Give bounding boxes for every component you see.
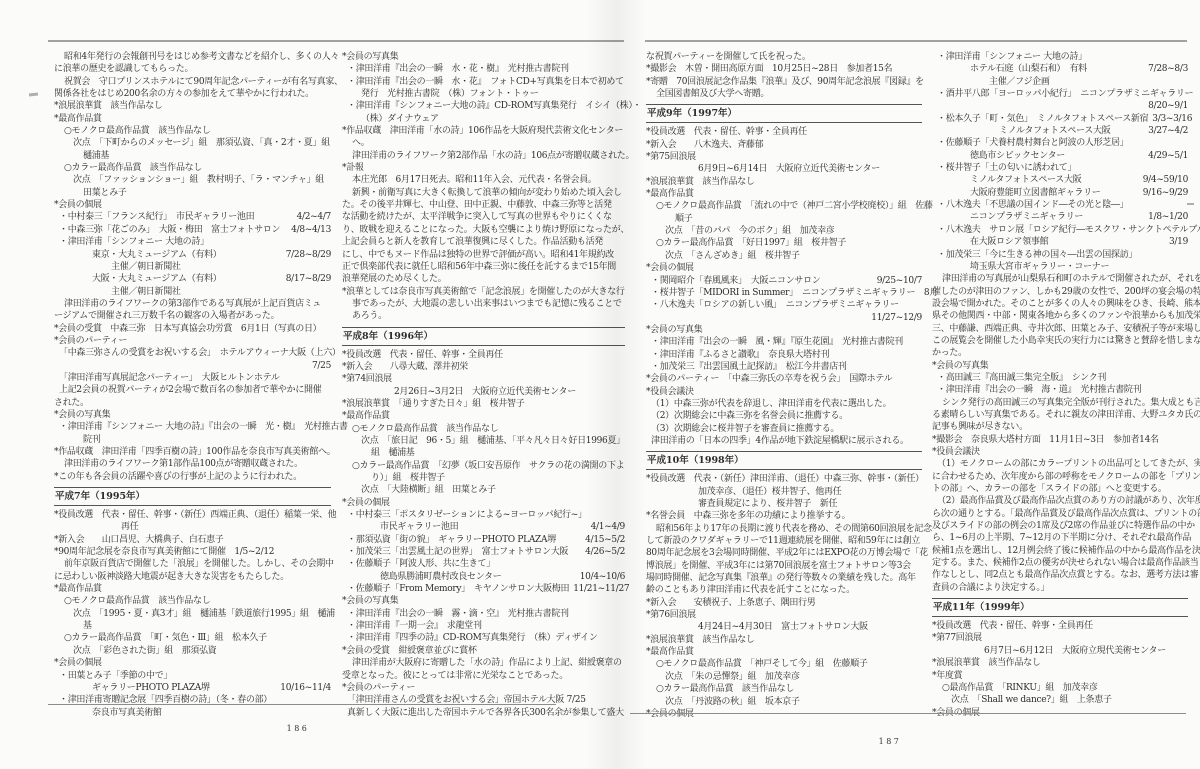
text-line: 次点 「大陸横断」組 田葉とみ子 [342, 484, 625, 496]
text-line: *浪展浪華賞 「通りすぎた日々」組 桜井智子 [342, 398, 625, 410]
text-line: 上記会員らと新人を教育して浪華復興に尽くした。作品活動も活発 [342, 236, 625, 248]
text-line: *新入会 八尋大蔵、澤井初栄 [342, 361, 625, 373]
text-line: *この年も各会員の活躍や喜びの行事が上記のように行われた。 [54, 471, 331, 483]
entry-text: ミノルタフォトスペース大阪 [999, 125, 1110, 137]
text-line: された。 [54, 397, 331, 409]
text-line: *会員の写真集 [932, 360, 1188, 372]
text-line: 審査員規定により、桜井智子 新任 [646, 498, 922, 510]
book-spread: 昭和4年発行の会報創刊号をはじめ参考文書などを紹介し、多くの人々に浪華の歴史を認… [0, 0, 1200, 769]
scan-mark-left [29, 93, 38, 97]
text-line: 主催／朝日新聞社 [54, 286, 331, 298]
text-line: ・津田洋甫『出会の一瞬 海・道』 光村推古書院刊 [932, 384, 1188, 396]
text-line: 作なしとし、同2点とも最高作品次点賞とする。なお、選考方法は審 [932, 569, 1188, 581]
text-line: ・那須弘資「街の貌」 ギャラリーPHOTO PLAZA堺4/15~5/2 [342, 534, 625, 546]
text-line: ・津田洋甫『一期一会』 求龍堂刊 [342, 620, 625, 632]
text-line: *会員の写真集 [342, 51, 625, 63]
year-heading: 平成11年（1999年） [932, 598, 1188, 617]
text-line: 6月7日~6月12日 大阪府立現代美術センター [932, 645, 1188, 657]
text-line: る素晴らしい写真集である。それに親友の津田洋甫、大野ユタカ氏の [932, 409, 1188, 421]
text-line: *新入会 八木逸夫、斉藤郁 [646, 139, 922, 151]
text-line: ○モノクロ最高作品賞 「神戸そして今」組 佐藤順子 [646, 658, 922, 670]
entry-date: 4/29~5/1 [1144, 150, 1188, 162]
entry-text: ・松本久子「町・気色」 ミノルタフォトスペース新宿 [937, 113, 1148, 125]
text-line: ○最高作品賞 「RINKU」組 加茂幸彦 [932, 682, 1188, 694]
text-line: *会員の個展 [342, 497, 625, 509]
entry-text: ギャラリーPHOTO PLAZA堺 [92, 682, 210, 694]
text-line: あろう。 [342, 310, 625, 322]
entry-date: 3/27~4/2 [1144, 125, 1188, 137]
entry-text: 東京・大丸ミュージアム（有料） [92, 249, 222, 261]
text-line: 全国図書館及び大学へ寄贈。 [646, 88, 922, 100]
page-number-right: 187 [870, 737, 910, 746]
entry-text: 市民ギャラリー池田 [380, 521, 458, 533]
entry-date: 10/16~11/4 [276, 682, 331, 694]
text-line: *役員改選 代表・留任、幹事・全員再任 [932, 620, 1188, 632]
text-line: ・津田洋甫『出会の一瞬 風・輝』『原生花園』 光村推古書院刊 [646, 336, 922, 348]
text-line: 博浪展」を開催、平成3年には第70回浪展を富士フォトサロン等3会 [646, 560, 922, 572]
text-line: *会員の受賞 紺綬褒章並びに賞杯 [342, 645, 625, 657]
text-line: *浪華としては奈良市写真美術館で「記念浪展」を開催したのが大きな行 [342, 286, 625, 298]
text-line: *役員会議決 [646, 386, 922, 398]
text-line: 場同時開催、記念写真集『浪華』の発行等数々の業績を残した。高年 [646, 572, 922, 584]
text-line: *会員の受賞 中森三弥 日本写真協会功労賞 6月1日（写真の日） [54, 323, 331, 335]
text-line: ミノルタフォトスペース大阪3/27~4/2 [932, 125, 1188, 137]
text-line: *作品収蔵 津田洋甫「四季百樹の詩」100作品を奈良市写真美術館へ。 [54, 446, 331, 458]
text-line: *訃報 [342, 162, 625, 174]
year-heading: 平成10年（1998年） [646, 451, 922, 470]
text-line: ージアムで開催され三万数千名の観客の入場者があった。 [54, 310, 331, 322]
entry-date: 3/3~3/16 [1148, 113, 1192, 125]
text-line: 主催／朝日新聞社 [54, 261, 331, 273]
text-line: 催したのが津田のファン、しかも29歳の女性で、200坪の宴会場の特 [932, 286, 1188, 298]
text-line: な活動を続けたが、太平洋戦争に突入して写真の世界もやりにくくな [342, 211, 625, 223]
text-line: ら次の通りとする。「最高作品賞及び最高作品次点賞は、プリントの部 [932, 508, 1188, 520]
text-line: シンク発行の高田誠三の写真集完全版が刊行された。集大成とも言え [932, 397, 1188, 409]
text-line: *役員改選 代表・留任、幹事・全員再任 [342, 349, 625, 361]
entry-date: 7/28~8/29 [282, 249, 331, 261]
text-line: 及びスライドの部の例会の1席及び2席の作品並びに特選作品の中か [932, 520, 1188, 532]
text-line: この展覧会を開催した小島幸実氏の実行力には驚きと賛辞を惜しまな [932, 335, 1188, 347]
text-line: 齢のこともあり津田洋甫に代表を託すことになった。 [646, 584, 922, 596]
text-line: （1）中森三弥が代表を辞退し、津田洋甫を代表に選出した。 [646, 398, 922, 410]
text-line: 関係各社をはじめ200名余の方々の参加をえて華やかに行われた。 [54, 88, 331, 100]
text-line: 津田洋甫のライフワーク第1部作品100点が寄贈収蔵された。 [54, 458, 331, 470]
text-line: 奈良市写真美術館 [54, 707, 331, 719]
text-line: 再任 [54, 521, 331, 533]
top-rule-right [645, 40, 1187, 42]
text-line: ・津田洋甫「シンフォニー 大地の詩」 [54, 236, 331, 248]
text-line: *最高作品賞 [646, 646, 922, 658]
text-line: 埼玉県大宮市ギャラリー・コーナー [932, 261, 1188, 273]
entry-date: 11/27~12/9 [867, 312, 922, 324]
text-line: 7/25 [54, 360, 331, 372]
text-line: *会員のパーティー [342, 682, 625, 694]
text-line: ・中村泰三「ポスタリゼーションによる~ヨーロッパ紀行~」 [342, 509, 625, 521]
text-line: *会員の写真集 [54, 409, 331, 421]
text-line: *会員の個展 [646, 708, 922, 720]
text-column-4: ・津田洋甫「シンフォニー 大地の詩」ホテル石庭（山梨石和） 有料7/28~8/3… [932, 51, 1188, 719]
text-line: 昭和4年発行の会報創刊号をはじめ参考文書などを紹介し、多くの人々 [54, 51, 331, 63]
entry-date: 7/28~8/3 [1144, 63, 1188, 75]
text-line: *第75回浪展 [646, 151, 922, 163]
text-line: 津田洋甫のライフワーク第2部作品「水の詩」106点が寄贈収蔵された。 [342, 150, 625, 162]
text-line: *最高作品賞 [54, 583, 331, 595]
text-line: *会員の個展 [54, 199, 331, 211]
entry-text: ホテル石庭（山梨石和） 有料 [970, 63, 1087, 75]
text-line: 定する。また、候補作2点の優劣が決せられない場合は最高作品該当 [932, 557, 1188, 569]
entry-text: ・中村泰三「フランス紀行」 市民ギャラリー池田 [59, 211, 254, 223]
text-line: ・津田洋甫「シンフォニー 大地の詩」 [932, 51, 1188, 63]
text-line: 次点 「Shall we dance?」組 上条恵子 [932, 694, 1188, 706]
text-line: *最高作品賞 [342, 410, 625, 422]
text-line: *会員の写真集 [342, 595, 625, 607]
text-line: ホテル石庭（山梨石和） 有料7/28~8/3 [932, 63, 1188, 75]
text-column-1: 昭和4年発行の会報創刊号をはじめ参考文書などを紹介し、多くの人々に浪華の歴史を認… [54, 51, 331, 719]
text-line: ・中村泰三「フランス紀行」 市民ギャラリー池田4/2~4/7 [54, 211, 331, 223]
text-line: ・桜井智子「MIDORI in Summer」 ニコンプラザミニギャラリー 8月 [646, 287, 922, 299]
text-line: （2）次期総会に中森三弥を名誉会員に推薦する。 [646, 410, 922, 422]
text-line: *第76回浪展 [646, 609, 922, 621]
entry-text: ・佐藤順子「From Memory」 キヤノンサロン大阪梅田 [347, 583, 569, 595]
entry-text: ニコンプラザミニギャラリー [970, 211, 1083, 223]
text-line: 候補1点を選出し、12月例会終了後に候補作品の中から最高作品を決 [932, 545, 1188, 557]
entry-text: 徳島県勝浦町農村改良センター [380, 571, 501, 583]
text-line: 正で倶楽部代表に就任し昭和56年中森三弥に後任を託するまで15年間 [342, 261, 625, 273]
entry-date: 9/4~59/10 [1139, 174, 1188, 186]
text-line: *役員改選 代表・（新任）津田洋甫、（退任）中森三弥、幹事・（新任） [646, 473, 922, 485]
text-line: 大阪・大丸ミュージアム（有料）8/17~8/29 [54, 273, 331, 285]
text-line: 津田洋甫の「日本の四季」4作品が地下鉄淀屋橋駅に展示される。 [646, 435, 922, 447]
text-line: （株）ダイナウェア [342, 113, 625, 125]
text-line: 祝賀会 守口プリンスホテルにて90周年記念パーティーが有名写真家、 [54, 76, 331, 88]
text-line: 津田洋甫の写真展が山梨県石和町のホテルで開催されたが、それを開 [932, 273, 1188, 285]
text-line: ・佐藤順子「From Memory」 キヤノンサロン大阪梅田11/21~11/2… [342, 583, 625, 595]
text-line: 前年京阪百貨店で開催した「浪展」を開催した。しかし、その会期中 [54, 558, 331, 570]
text-line: り、敗戦を迎えることになった。大阪も空襲により焼け野原になったが、 [342, 224, 625, 236]
text-line: 次点 「下町からのメッセージ」組 那須弘資、「真・2才・夏」組 [54, 137, 331, 149]
text-line: ・津田洋甫『四季の詩』CD-ROM写真集発行 （株）ディザイン [342, 632, 625, 644]
bottom-rule-left [48, 704, 556, 705]
entry-text: ・中森三弥「花ごのみ」 大阪・梅田 富士フォトサロン [59, 224, 280, 236]
year-heading: 平成8年（1996年） [342, 327, 625, 346]
entry-date: 4/8~4/13 [287, 224, 331, 236]
text-line: ・加茂栄三「今に生きる神の国々―出雲の国探訪」 [932, 249, 1188, 261]
text-line: 上記2会員の祝賀パーティが2会場で数百名の参加者で華やかに開催 [54, 384, 331, 396]
text-line: ・中森三弥「花ごのみ」 大阪・梅田 富士フォトサロン4/8~4/13 [54, 224, 331, 236]
text-line: に忌わしい阪神淡路大地震が起き大きな災害をもたらした。 [54, 571, 331, 583]
text-line: 津田洋甫が大阪府に寄贈した「水の詩」作品により上記、紺綬褒章の [342, 657, 625, 669]
text-line: 発行 光村推古書院 （株）フォント・トゥー [342, 88, 625, 100]
entry-text: ・加茂栄三「出雲風土記の世界」 富士フォトサロン大阪 [347, 546, 568, 558]
text-line: *役員改選 代表・留任、幹事・（新任）西端正典、（退任）稲葉一栄、他 [54, 509, 331, 521]
scan-mark-right [1187, 203, 1194, 205]
entry-date: 9/25~10/7 [873, 275, 922, 287]
text-line: ・津田洋甫『出会の一瞬 水・花・樹』 光村推古書院刊 [342, 63, 625, 75]
text-line: *会員の写真集 [646, 324, 922, 336]
text-line: な祝賀パーティーを開催して氏を祝った。 [646, 51, 922, 63]
text-line: 次点 「さんざめき」組 桜井智子 [646, 250, 922, 262]
text-column-3: な祝賀パーティーを開催して氏を祝った。*撮影会 木曽・開田高原方面 10月25日… [646, 51, 922, 720]
entry-text: 大阪・大丸ミュージアム（有料） [92, 273, 222, 285]
text-line: ・津田洋甫『出会の一瞬 霧・滴・空』 光村推古書院刊 [342, 608, 625, 620]
text-line: *浪展浪華賞 該当作品なし [646, 634, 922, 646]
text-line: ・田葉とみ子「季節の中で」 [54, 670, 331, 682]
text-line: ・八木逸夫「不思議の国インド―その光と陰―」 [932, 199, 1188, 211]
text-line: トの部」へ、カラーの部を「スライドの部」へと変更する。 [932, 483, 1188, 495]
text-line: ・津田洋甫『出会の一瞬 水・花』 フォトCD+写真集を日本で初めて [342, 76, 625, 88]
text-line: ら、1~6月の上半期、7~12月の下半期に分け、それぞれ最高作品 [932, 532, 1188, 544]
text-line: 次点 「ファッションショー」組 教村明子、「ラ・マンチャ」組 [54, 174, 331, 186]
entry-date: 7/25 [308, 360, 331, 372]
text-line: ・津田洋甫『ふるさと讃歌』 奈良県大塔村刊 [646, 349, 922, 361]
text-line: 「津田洋甫写真展記念パーティー」 大阪ヒルトンホテル [54, 372, 331, 384]
text-line: 真新しく大阪に進出した帝国ホテルで各界各氏300名余が参集して盛大 [342, 707, 625, 719]
text-line: 徳島県勝浦町農村改良センター10/4~10/6 [342, 571, 625, 583]
text-line: *90周年記念展を奈良市写真美術館にて開催 1/5~2/12 [54, 546, 331, 558]
entry-date: 3/19 [1165, 236, 1188, 248]
text-line: に浪華の歴史を認識してもらった。 [54, 63, 331, 75]
text-line: にし、中でもヌード作品は独特の世界で評価が高い。昭和41年規約改 [342, 249, 625, 261]
text-line: 次点 「旅日記 96・5」組 樋浦基、「平々凡々日々好日1996夏」 [342, 435, 625, 447]
text-line: *浪展浪華賞 該当作品なし [54, 100, 331, 112]
text-line: 組 樋浦基 [342, 447, 625, 459]
text-line: *最高作品賞 [54, 113, 331, 125]
text-line: ○カラー最高作品賞 「町・気色・Ⅲ」組 松本久子 [54, 632, 331, 644]
text-line: 樋浦基 [54, 150, 331, 162]
text-line: ○モノクロ最高作品賞 該当作品なし [54, 125, 331, 137]
text-line: 8/20~9/1 [932, 100, 1188, 112]
top-rule-left [48, 40, 624, 42]
text-line: 在大阪ロシア領事館3/19 [932, 236, 1188, 248]
text-line: ○モノクロ最高作品賞 「流れの中で（神戸二宮小学校廃校）」組 佐藤 [646, 200, 922, 212]
text-line: ・高田誠三『高田誠三集完全版』 シンク刊 [932, 372, 1188, 384]
text-line: 加茂幸彦、（退任）桜井智子、他再任 [646, 486, 922, 498]
entry-date: 8/20~9/1 [1144, 100, 1188, 112]
text-line: *撮影会 奈良県大塔村方面 11月1日~3日 参加者14名 [932, 434, 1188, 446]
page-number-left: 186 [278, 724, 318, 733]
text-line: ・津田洋甫『シンフォニー 大地の詩』『出会の一瞬 光・樹』 光村推古書 [54, 421, 331, 433]
text-line: *会員のパーティー [54, 335, 331, 347]
text-line: ・佐藤順子「阿波人形、共に生きて」 [342, 558, 625, 570]
text-line: 基 [54, 620, 331, 632]
text-line: 4月24日~4月30日 富士フォトサロン大阪 [646, 621, 922, 633]
text-line: *寄贈 70回浪展記念作品集『浪華』及び、90周年記念浪展『図録』を [646, 76, 922, 88]
text-line: へ。 [342, 137, 625, 149]
text-line: ・八木逸夫「ロシアの新しい風」 ニコンプラザミニギャラリー [646, 299, 922, 311]
entry-text: 在大阪ロシア領事館 [970, 236, 1048, 248]
text-line: ○カラー最高作品賞 該当作品なし [54, 162, 331, 174]
text-line: *年度賞 [932, 670, 1188, 682]
text-line: ギャラリーPHOTO PLAZA堺10/16~11/4 [54, 682, 331, 694]
year-heading: 平成7年（1995年） [54, 487, 331, 506]
text-line: ○カラー最高作品賞 該当作品なし [646, 683, 922, 695]
text-line: 受章となった。彼にとっては非常に光栄なことであった。 [342, 670, 625, 682]
text-line: （3）次期総会に桜井智子を審査員に推薦する。 [646, 423, 922, 435]
text-line: *第77回浪展 [932, 632, 1188, 644]
text-line: *最高作品賞 [646, 188, 922, 200]
text-line: *新入会 安積祝子、上条恵子、隅田行男 [646, 597, 922, 609]
text-line: ・津田洋甫『シンフォニー大地の詩』CD-ROM写真集発行 イシイ（株）・ [342, 100, 625, 112]
text-line: ・加茂栄三『出雲国風土記探訪』 松江今井書店刊 [646, 361, 922, 373]
gutter-shadow [586, 0, 646, 769]
text-line: 主催／フジ企画 [932, 76, 1188, 88]
text-line: 田葉とみ子 [54, 187, 331, 199]
text-line: 次点 「彩色された街」組 那須弘資 [54, 645, 331, 657]
text-line: 次点 「1995・夏・真3才」組 樋浦基「鉄道旅行1995」組 樋浦 [54, 608, 331, 620]
text-line: に合わせるため、次年度から部の呼称をモノクロームの部を「プリン [932, 471, 1188, 483]
text-line: *名誉会員 中森三弥を多年の功績により推挙する。 [646, 510, 922, 522]
text-line: 80周年記念展を3会場同時開催、平成2年にはEXPO花の万博会場で「花 [646, 547, 922, 559]
text-line: *会員の個展 [646, 262, 922, 274]
text-line: ニコンプラザミニギャラリー1/8~1/20 [932, 211, 1188, 223]
text-line: 設会場で開かれた。そのことが多くの人々の興味をひき、長崎、熊本 [932, 298, 1188, 310]
entry-text: 徳島市シビックセンター [970, 150, 1065, 162]
entry-text: ・那須弘資「街の貌」 ギャラリーPHOTO PLAZA堺 [347, 534, 556, 546]
text-line: ○モノクロ最高作品賞 該当作品なし [342, 423, 625, 435]
text-line: ・加茂栄三「出雲風土記の世界」 富士フォトサロン大阪4/26~5/2 [342, 546, 625, 558]
text-line: *役員会議決 [932, 446, 1188, 458]
text-line: ・八木逸夫 サロン展「ロシア紀行―モスクワ・サンクトペテルブルグ」 [932, 224, 1188, 236]
entry-text: 大阪府豊能町立図書館ギャラリー [970, 187, 1101, 199]
text-line: 11/27~12/9 [646, 312, 922, 324]
entry-date: 9/16~9/29 [1139, 187, 1188, 199]
text-line: 査員の合議により決定する。」 [932, 582, 1188, 594]
text-line: 徳島市シビックセンター4/29~5/1 [932, 150, 1188, 162]
text-line: *役員改選 代表・留任、幹事・全員再任 [646, 126, 922, 138]
text-line: 市民ギャラリー池田4/1~4/9 [342, 521, 625, 533]
text-line: かった。 [932, 347, 1188, 359]
text-line: 「中森三弥さんの受賞をお祝いする会」 ホテルアウィーナ大阪（上六） [54, 347, 331, 359]
text-line: *第74回浪展 [342, 373, 625, 385]
text-line: （2）最高作品賞及び最高作品次点賞のあり方の討議があり、次年度か [932, 495, 1188, 507]
text-line: *撮影会 木曽・開田高原方面 10月25日~28日 参加者15名 [646, 63, 922, 75]
text-line: 2月26日~3月2日 大阪府立近代美術センター [342, 386, 625, 398]
text-line: 次点 「朱の忌憚祭」組 加茂幸彦 [646, 671, 922, 683]
text-line: 院刊 [54, 434, 331, 446]
text-line: 大阪府豊能町立図書館ギャラリー9/16~9/29 [932, 187, 1188, 199]
text-line: して新設のクワダギャラリーで11週連続展を開催、昭和59年には創立 [646, 535, 922, 547]
text-line: り）」組 桜井智子 [342, 472, 625, 484]
text-line: *浪展浪華賞 該当作品なし [646, 176, 922, 188]
text-line: 三、中藤謙、西端正典、寺井次郎、田葉とみ子、安積祝子等が来場した。 [932, 323, 1188, 335]
text-line: *会員の個展 [54, 657, 331, 669]
text-line: 昭和56年より17年の長期に渡り代表を務め、その間第60回浪展を記念 [646, 523, 922, 535]
text-line: ・佐藤順子「犬養村農村舞台と阿波の人形芝居」 [932, 137, 1188, 149]
text-line: ○モノクロ最高作品賞 該当作品なし [54, 595, 331, 607]
text-line: ○カラー最高作品賞 「好日1997」組 桜井智子 [646, 237, 922, 249]
text-column-2: *会員の写真集・津田洋甫『出会の一瞬 水・花・樹』 光村推古書院刊・津田洋甫『出… [342, 51, 625, 719]
text-line: （1）モノクロームの部にカラープリントの出品可としてきたが、実態 [932, 458, 1188, 470]
entry-text: ミノルタフォトスペース大阪 [970, 174, 1081, 186]
text-line: た。その後平井輝七、中山登、田中正親、中藤敦、中森三弥等と活発 [342, 199, 625, 211]
text-line: *浪展浪華賞 該当作品なし [932, 657, 1188, 669]
text-line: *新入会 山口昌児、大橋典子、白石恵子 [54, 534, 331, 546]
text-line: 6月9日~6月14日 大阪府立近代美術センター [646, 163, 922, 175]
text-line: ・松本久子「町・気色」 ミノルタフォトスペース新宿3/3~3/16 [932, 113, 1188, 125]
text-line: *作品収蔵 津田洋甫「水の詩」106作品を大阪府現代芸術文化センター [342, 125, 625, 137]
text-line: ○カラー最高作品賞 「幻夢（坂口安吾原作 サクラの花の満開の下よ [342, 460, 625, 472]
text-line: ・関岡昭介「春風風来」 大阪ニコンサロン9/25~10/7 [646, 275, 922, 287]
entry-text: ・関岡昭介「春風風来」 大阪ニコンサロン [651, 275, 821, 287]
text-line: 順子 [646, 213, 922, 225]
text-line: 新興・前衛写真に大きく転換して浪華の傾向が変わり始めた頃入会し [342, 187, 625, 199]
entry-date: 4/2~4/7 [293, 211, 331, 223]
text-line: ・酒井平八郎「ヨーロッパ小紀行」 ニコンプラザミニギャラリー [932, 88, 1188, 100]
text-line: 浪華発展のため尽くした。 [342, 273, 625, 285]
entry-date: 8/17~8/29 [282, 273, 331, 285]
text-line: 次点 「丹波路の秋」組 坂本京子 [646, 696, 922, 708]
year-heading: 平成9年（1997年） [646, 104, 922, 123]
text-line: 本庄光郎 6月17日死去。昭和11年入会、元代表・名誉会員。 [342, 174, 625, 186]
text-line: 次点 「昔のパパ 今のボク」組 加茂幸彦 [646, 225, 922, 237]
text-line: 津田洋甫のライフワークの第3部作である写真展が上記百貨店ミュ [54, 298, 331, 310]
text-line: 事であったが、大地震の悲しい出来事はいつまでも記憶に残ることで [342, 298, 625, 310]
text-line: 記事も興味が尽きない。 [932, 421, 1188, 433]
text-line: ・桜井智子「土の匂いに誘われて」 [932, 162, 1188, 174]
text-line: *会員のパーティー 「中森三弥氏の卒寿を祝う会」 国際ホテル [646, 373, 922, 385]
text-line: 東京・大丸ミュージアム（有料）7/28~8/29 [54, 249, 331, 261]
bottom-rule-right [630, 713, 1186, 714]
entry-date: 1/8~1/20 [1144, 211, 1188, 223]
text-line: ミノルタフォトスペース大阪9/4~59/10 [932, 174, 1188, 186]
text-line: 県その他関西・中部・関東各地から多くのファンや浪華からも加茂栄 [932, 310, 1188, 322]
